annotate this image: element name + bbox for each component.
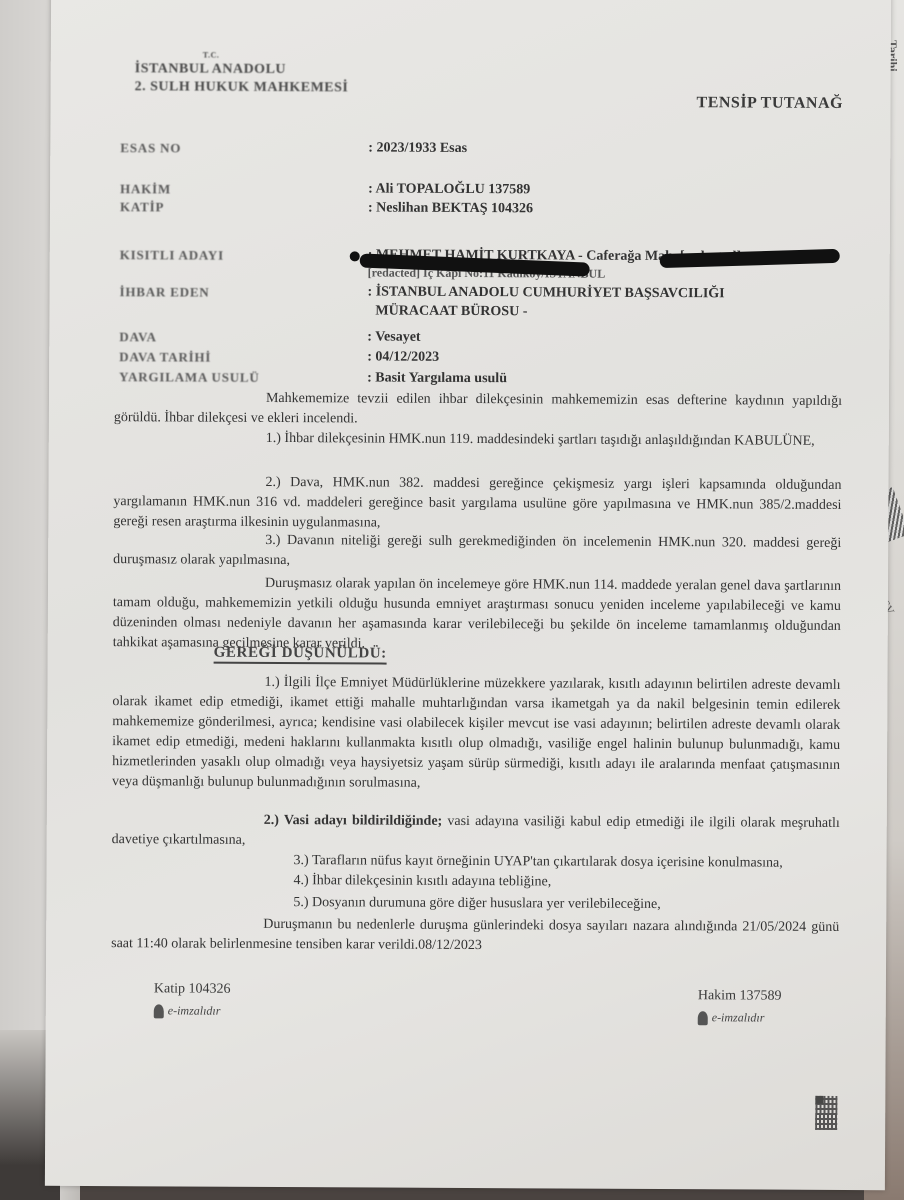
document-title: TENSİP TUTANAĞ bbox=[696, 94, 843, 113]
redaction-dot bbox=[350, 251, 360, 261]
paragraph-item-1: 1.) İhbar dilekçesinin HMK.nun 119. madd… bbox=[114, 428, 842, 452]
court-name-line1: İSTANBUL ANADOLU bbox=[135, 60, 349, 79]
field-value-hakim: : Ali TOPALOĞLU 137589 bbox=[368, 181, 530, 198]
judge-esign: e-imzalıdır bbox=[698, 1010, 782, 1026]
field-label-ihbar-eden: İHBAR EDEN bbox=[120, 284, 210, 300]
field-label-dava: DAVA bbox=[119, 329, 156, 345]
field-label-kisitli-adayi: KISITLI ADAYI bbox=[120, 247, 224, 264]
judge-label: Hakim 137589 bbox=[698, 988, 782, 1003]
seal-icon bbox=[698, 1011, 708, 1025]
clerk-label: Katip 104326 bbox=[154, 981, 231, 996]
field-label-yargilama-usulu: YARGILAMA USULÜ bbox=[119, 369, 260, 386]
paragraph-item-3: 3.) Davanın niteliği gereği sulh gerekme… bbox=[113, 530, 841, 574]
court-name-line2: 2. SULH HUKUK MAHKEMESİ bbox=[135, 78, 349, 97]
qr-code-icon bbox=[815, 1096, 837, 1130]
field-value-esas-no: : 2023/1933 Esas bbox=[368, 140, 467, 157]
field-label-hakim: HAKİM bbox=[120, 181, 171, 197]
clerk-esign: e-imzalıdır bbox=[154, 1003, 231, 1019]
field-label-esas-no: ESAS NO bbox=[120, 140, 181, 156]
field-value-ihbar-eden: : İSTANBUL ANADOLU CUMHURİYET BAŞSAVCILI… bbox=[368, 284, 725, 302]
court-header: T.C. İSTANBUL ANADOLU 2. SULH HUKUK MAHK… bbox=[135, 50, 349, 97]
field-label-katip: KATİP bbox=[120, 199, 164, 215]
field-value-katip: : Neslihan BEKTAŞ 104326 bbox=[368, 200, 533, 217]
clerk-signature: Katip 104326 e-imzalıdır bbox=[154, 981, 231, 1019]
field-value-dava-tarihi: : 04/12/2023 bbox=[367, 349, 439, 365]
field-value-yargilama-usulu: : Basit Yargılama usulü bbox=[367, 370, 507, 387]
paragraph-intro: Mahkememize tevzii edilen ihbar dilekçes… bbox=[114, 388, 842, 432]
paragraph-hearing-date: Duruşmanın bu nedenlerle duruşma günleri… bbox=[111, 914, 839, 958]
decision-heading: GEREĞİ DÜŞÜNÜLDÜ: bbox=[214, 645, 387, 665]
judge-signature: Hakim 137589 e-imzalıdır bbox=[698, 988, 782, 1026]
paragraph-item-2: 2.) Dava, HMK.nun 382. maddesi gereğince… bbox=[113, 472, 841, 536]
document-page: T.C. İSTANBUL ANADOLU 2. SULH HUKUK MAHK… bbox=[45, 0, 891, 1190]
decision-item-1: 1.) İlgili İlçe Emniyet Müdürlüklerine m… bbox=[112, 672, 841, 796]
field-value-ihbar-eden-line2: MÜRACAAT BÜROSU - bbox=[375, 304, 527, 321]
decision-item-2: 2.) Vasi adayı bildirildiğinde; vasi ada… bbox=[112, 810, 840, 854]
field-label-dava-tarihi: DAVA TARİHİ bbox=[119, 349, 211, 365]
seal-icon bbox=[154, 1005, 164, 1019]
decision-item-4: 4.) İhbar dilekçesinin kısıtlı adayına t… bbox=[111, 870, 839, 894]
field-value-dava: : Vesayet bbox=[367, 329, 420, 345]
decision-item-5: 5.) Dosyanın durumuna göre diğer hususla… bbox=[111, 892, 839, 916]
